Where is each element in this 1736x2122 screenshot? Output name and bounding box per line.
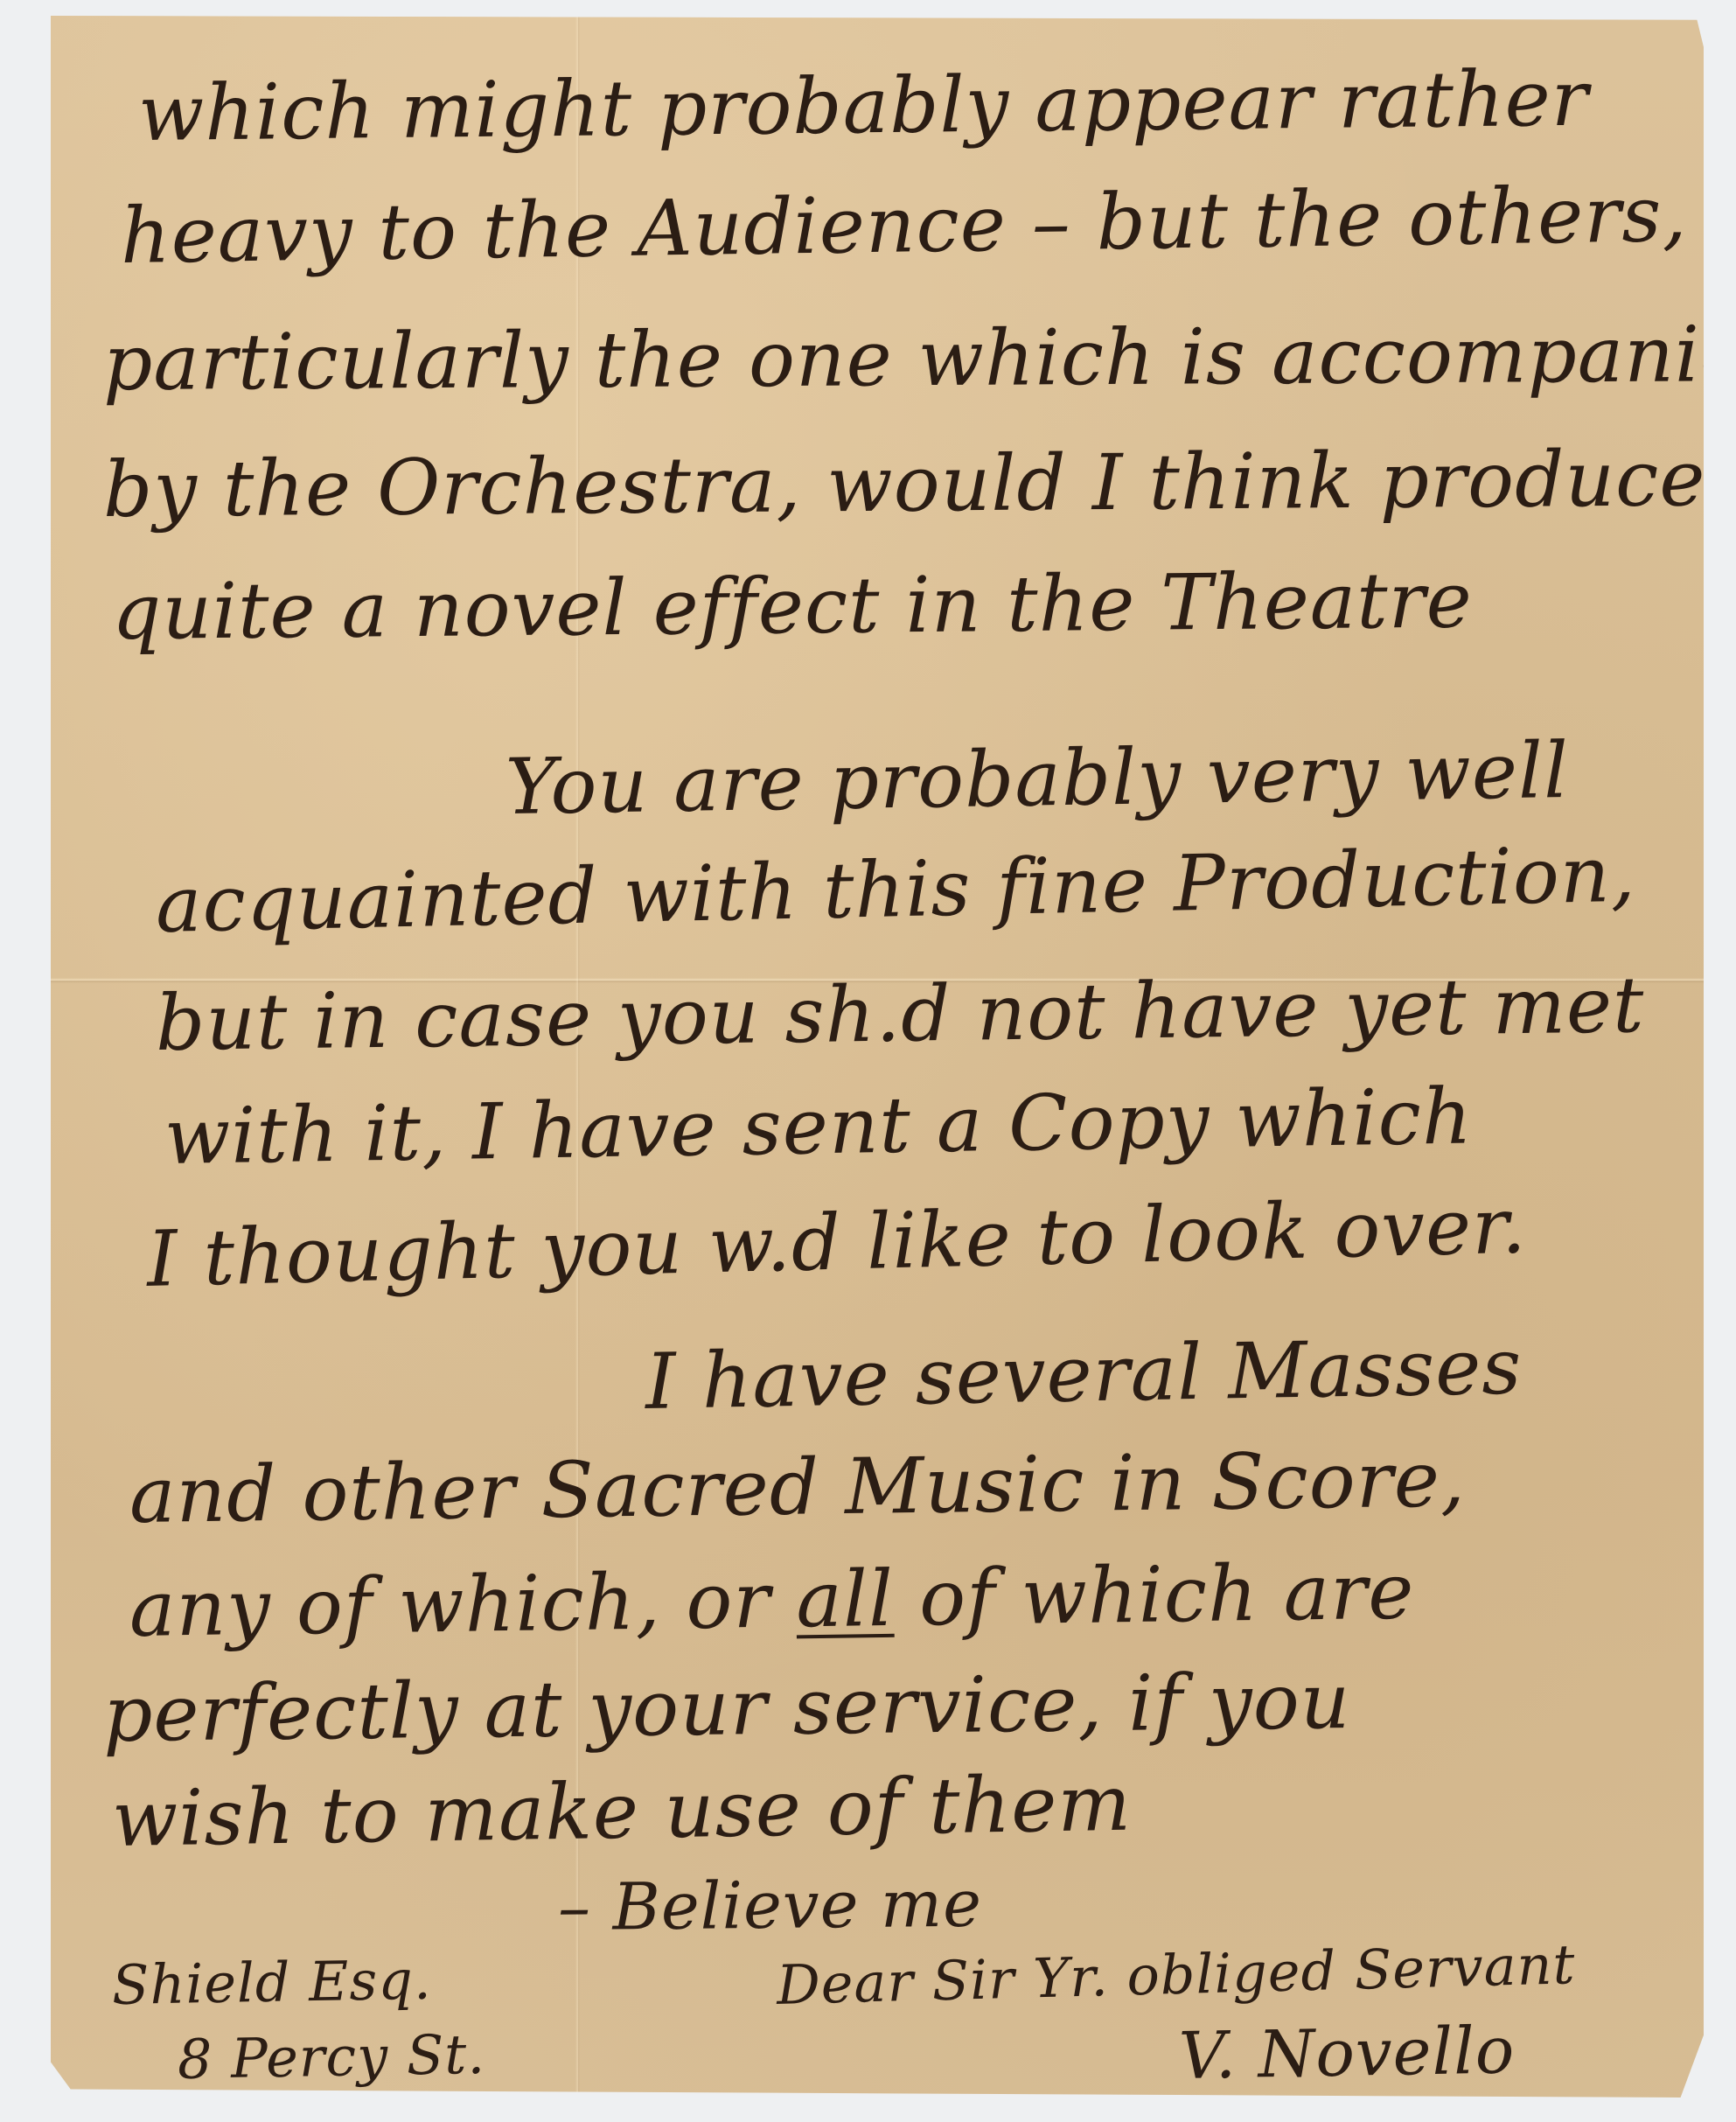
scan-background: which might probably appear rather heavy…: [0, 0, 1736, 2122]
letter-line: perfectly at your service, if you: [102, 1656, 1350, 1759]
letter-line: by the Orchestra, would I think produce: [103, 433, 1706, 534]
letter-line: I have several Masses: [645, 1322, 1523, 1427]
emphasized-word: all: [796, 1553, 895, 1645]
letter-line: with it, I have sent a Copy which: [164, 1071, 1473, 1182]
letter-page: which might probably appear rather heavy…: [51, 16, 1704, 2098]
letter-line: wish to make use of them: [111, 1758, 1132, 1864]
letter-line: acquainted with this fine Production,: [155, 829, 1637, 950]
letter-text: any of which, or: [129, 1554, 797, 1654]
letter-line: I thought you w.d like to look over.: [146, 1180, 1528, 1304]
addressee-name: Shield Esq.: [111, 1948, 432, 2017]
letter-line: but in case you sh.d not have yet met: [155, 960, 1645, 1068]
letter-line: quite a novel effect in the Theatre: [112, 555, 1474, 657]
addressee-address: 8 Percy St.: [177, 2022, 485, 2091]
valediction: – Believe me: [558, 1867, 983, 1945]
letter-line: any of which, or all of which are: [129, 1546, 1415, 1654]
letter-line: and other Sacred Music in Score,: [129, 1434, 1466, 1540]
letter-line: particularly the one which is accompanie…: [103, 309, 1736, 408]
letter-line: heavy to the Audience – but the others,: [120, 169, 1688, 281]
complimentary-close: Dear Sir Yr. obliged Servant: [776, 1932, 1576, 2017]
letter-line: You are probably very well: [505, 725, 1570, 832]
signature: V. Novello: [1178, 2013, 1516, 2094]
letter-line: which might probably appear rather: [137, 53, 1589, 158]
letter-text: of which are: [893, 1546, 1415, 1643]
